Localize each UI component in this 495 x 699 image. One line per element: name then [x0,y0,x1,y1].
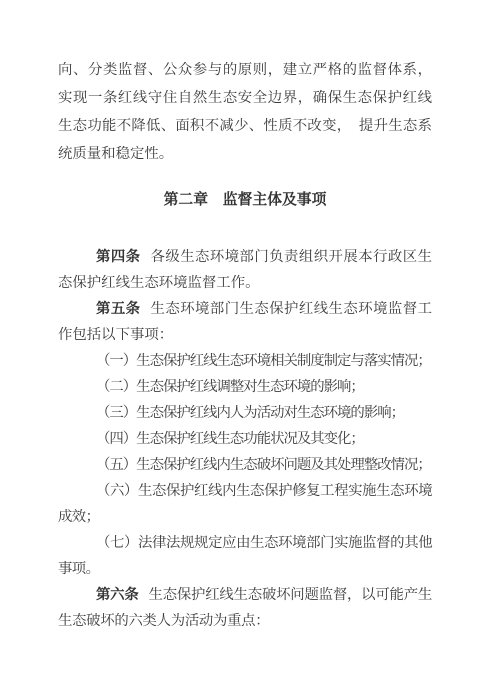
clause-item-5: （五）生态保护红线内生态破坏问题及其处理整改情况； [58,452,432,478]
document-content: 向、分类监督、公众参与的原则，建立严格的监督体系，实现一条红线守住自然生态安全边… [0,0,495,634]
chapter-heading: 第二章 监督主体及事项 [58,187,432,213]
clause-item-1: （一）生态保护红线生态环境相关制度制定与落实情况； [58,348,432,374]
clause-item-6: （六）生态保护红线内生态保护修复工程实施生态环境成效； [58,478,432,530]
article-6-label: 第六条 [96,587,139,603]
article-4-label: 第四条 [96,249,141,265]
clause-item-7: （七）法律法规规定应由生态环境部门实施监督的其他事项。 [58,530,432,582]
clause-item-4: （四）生态保护红线生态功能状况及其变化； [58,426,432,452]
clause-item-2: （二）生态保护红线调整对生态环境的影响； [58,374,432,400]
document-page: 向、分类监督、公众参与的原则，建立严格的监督体系，实现一条红线守住自然生态安全边… [0,0,495,699]
article-5-label: 第五条 [96,301,141,317]
clause-item-3: （三）生态保护红线内人为活动对生态环境的影响； [58,400,432,426]
intro-paragraph: 向、分类监督、公众参与的原则，建立严格的监督体系，实现一条红线守住自然生态安全边… [58,56,432,168]
article-5: 第五条生态环境部门生态保护红线生态环境监督工作包括以下事项： [58,296,432,348]
article-6: 第六条生态保护红线生态破坏问题监督，以可能产生生态破坏的六类人为活动为重点： [58,582,432,634]
article-4: 第四条各级生态环境部门负责组织开展本行政区生态保护红线生态环境监督工作。 [58,244,432,296]
